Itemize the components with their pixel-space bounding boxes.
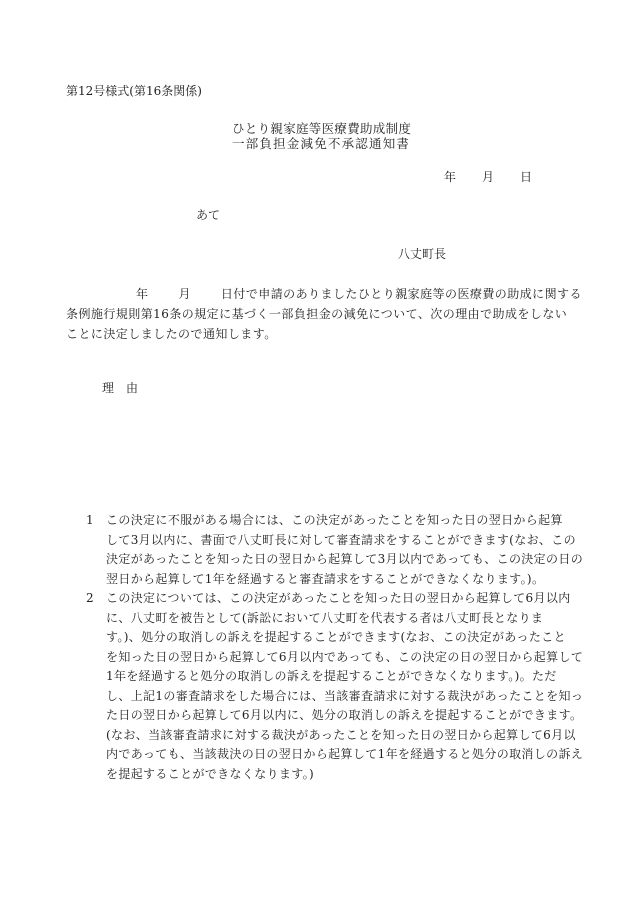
body-line-3: ことに決定しましたので通知します。 — [66, 324, 552, 344]
note-1: 1 この決定に不服がある場合には、この決定があったことを知った日の翌日から起算 … — [86, 511, 556, 589]
note-line: を提起することができなくなります。) — [106, 765, 556, 785]
reason-label-char-2: 由 — [126, 381, 138, 395]
reason-label: 理由 — [102, 381, 138, 396]
body-month-label: 月 — [178, 287, 190, 301]
addressee: あて — [196, 208, 220, 223]
date-year-label: 年 — [444, 170, 456, 185]
note-2: 2 この決定については、この決定があったことを知った日の翌日から起算して6月以内… — [86, 589, 556, 784]
body-line-1: 年月日付で申請のありましたひとり親家庭等の医療費の助成に関する — [66, 284, 552, 304]
note-line: す。)、処分の取消しの訴えを提起することができます(なお、この決定があったこと — [106, 628, 556, 648]
note-line: 内であっても、当該裁決の日の翌日から起算して1年を経過すると処分の取消しの訴え — [106, 745, 556, 765]
note-number: 1 — [86, 511, 94, 531]
date-day-label: 日 — [520, 170, 532, 185]
note-line: (なお、当該審査請求に対する裁決があったことを知った日の翌日から起算して6月以 — [106, 726, 556, 746]
body-line-2: 条例施行規則第16条の規定に基づく一部負担金の減免について、次の理由で助成をしな… — [66, 304, 552, 324]
body-paragraph: 年月日付で申請のありましたひとり親家庭等の医療費の助成に関する 条例施行規則第1… — [66, 284, 552, 344]
note-line: 1年を経過すると処分の取消しの訴えを提起することができなくなります。)。ただ — [106, 667, 556, 687]
date-month-label: 月 — [482, 170, 494, 185]
note-line: に、八丈町を被告として(訴訟において八丈町を代表する者は八丈町長となりま — [106, 609, 556, 629]
reason-label-char-1: 理 — [102, 381, 114, 395]
note-line: し、上記1の審査請求をした場合には、当該審査請求に対する裁決があったことを知っ — [106, 687, 556, 707]
form-number: 第12号様式(第16条関係) — [66, 84, 202, 99]
issue-date: 年月日 — [444, 170, 532, 185]
note-line: 翌日から起算して1年を経過すると審査請求をすることができなくなります。)。 — [106, 570, 556, 590]
note-line: た日の翌日から起算して6月以内に、処分の取消しの訴えを提起することができます。 — [106, 706, 556, 726]
body-year-label: 年 — [136, 287, 148, 301]
document-title-line-2: 一部負担金減免不承認通知書 — [232, 136, 410, 151]
notes-section: 1 この決定に不服がある場合には、この決定があったことを知った日の翌日から起算 … — [86, 511, 556, 784]
note-line: して3月以内に、書面で八丈町長に対して審査請求をすることができます(なお、この — [106, 531, 556, 551]
note-line: 決定があったことを知った日の翌日から起算して3月以内であっても、この決定の日の — [106, 550, 556, 570]
note-line: この決定に不服がある場合には、この決定があったことを知った日の翌日から起算 — [106, 511, 556, 531]
issuer: 八丈町長 — [398, 247, 446, 262]
note-line: を知った日の翌日から起算して6月以内であっても、この決定の日の翌日から起算して — [106, 648, 556, 668]
document-title-line-1: ひとり親家庭等医療費助成制度 — [232, 121, 411, 136]
note-number: 2 — [86, 589, 94, 609]
body-line-1-text: 日付で申請のありましたひとり親家庭等の医療費の助成に関する — [221, 287, 582, 301]
note-line: この決定については、この決定があったことを知った日の翌日から起算して6月以内 — [106, 589, 556, 609]
